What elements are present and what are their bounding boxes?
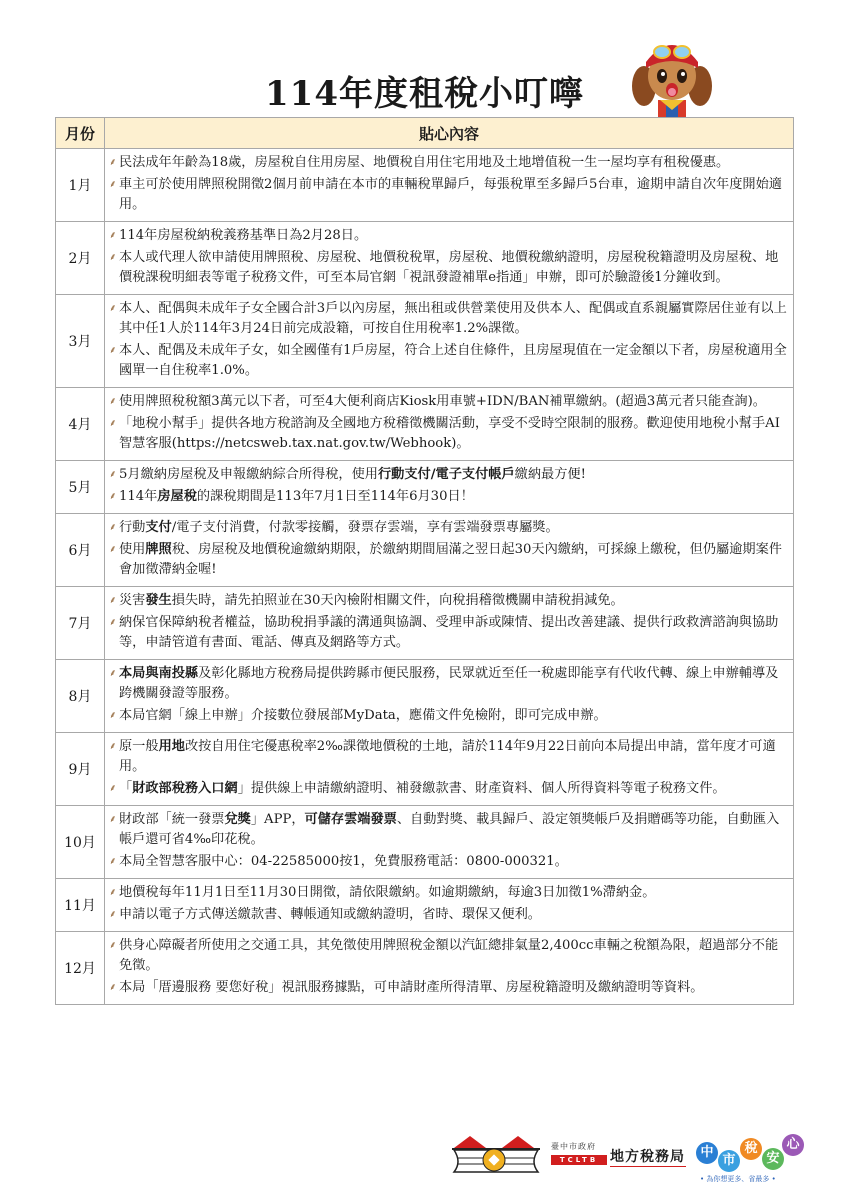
reminder-item: ⸙使用牌照稅、房屋稅及地價稅逾繳納期限，於繳納期間屆滿之翌日起30天內繳納，可採… [109, 540, 787, 580]
reminder-text: 財政部「統一發票兌獎」APP，可儲存雲端發票、自動對獎、載具歸戶、設定領獎帳戶及… [119, 810, 787, 850]
bullet-ornament-icon: ⸙ [109, 414, 119, 454]
slogan-char-bubble: 安 [762, 1148, 784, 1170]
content-cell: ⸙原一般用地改按自用住宅優惠稅率2‰課徵地價稅的土地，請於114年9月22日前向… [105, 733, 794, 806]
reminder-text: 本局與南投縣及彰化縣地方稅務局提供跨縣市便民服務，民眾就近至任一稅處即能享有代收… [119, 664, 787, 704]
table-row: 1月⸙民法成年年齡為18歲，房屋稅自住用房屋、地價稅自用住宅用地及土地增值稅一生… [56, 149, 794, 222]
reminder-text: 民法成年年齡為18歲，房屋稅自住用房屋、地價稅自用住宅用地及土地增值稅一生一屋均… [119, 153, 787, 173]
reminder-item: ⸙114年房屋稅納稅義務基準日為2月28日。 [109, 226, 787, 246]
reminder-item: ⸙本局「厝邊服務 要您好稅」視訊服務據點，可申請財產所得清單、房屋稅籍證明及繳納… [109, 978, 787, 998]
header-content: 貼心內容 [105, 118, 794, 149]
table-row: 4月⸙使用牌照稅稅額3萬元以下者，可至4大便利商店Kiosk用車號+IDN/BA… [56, 388, 794, 461]
content-cell: ⸙本人、配偶與未成年子女全國合計3戶以內房屋，無出租或供營業使用及供本人、配偶或… [105, 295, 794, 388]
reminder-item: ⸙114年房屋稅的課稅期間是113年7月1日至114年6月30日！ [109, 487, 787, 507]
content-cell: ⸙本局與南投縣及彰化縣地方稅務局提供跨縣市便民服務，民眾就近至任一稅處即能享有代… [105, 660, 794, 733]
slogan-char-bubble: 市 [718, 1150, 740, 1172]
reminder-text: 「地稅小幫手」提供各地方稅諮詢及全國地方稅稽徵機關活動，享受不受時空限制的服務。… [119, 414, 787, 454]
reminder-text: 車主可於使用牌照稅開徵2個月前申請在本市的車輛稅單歸戶，每張稅單至多歸戶5台車，… [119, 175, 787, 215]
bullet-ornament-icon: ⸙ [109, 299, 119, 339]
reminder-text: 本局官網「線上申辦」介接數位發展部MyData，應備文件免檢附，即可完成申辦。 [119, 706, 787, 726]
reminder-item: ⸙本人、配偶與未成年子女全國合計3戶以內房屋，無出租或供營業使用及供本人、配偶或… [109, 299, 787, 339]
month-cell: 8月 [56, 660, 105, 733]
bullet-ornament-icon: ⸙ [109, 487, 119, 507]
reminder-text: 使用牌照稅稅額3萬元以下者，可至4大便利商店Kiosk用車號+IDN/BAN補單… [119, 392, 787, 412]
bullet-ornament-icon: ⸙ [109, 153, 119, 173]
reminder-text: 申請以電子方式傳送繳款書、轉帳通知或繳納證明，省時、環保又便利。 [119, 905, 787, 925]
month-cell: 3月 [56, 295, 105, 388]
table-row: 11月⸙地價稅每年11月1日至11月30日開徵，請依限繳納。如逾期繳納，每逾3日… [56, 879, 794, 932]
header-month: 月份 [56, 118, 105, 149]
bullet-ornament-icon: ⸙ [109, 613, 119, 653]
slogan-char-bubble: 心 [782, 1134, 804, 1156]
reminder-item: ⸙供身心障礙者所使用之交通工具，其免徵使用牌照稅金額以汽缸總排氣量2,400cc… [109, 936, 787, 976]
bullet-ornament-icon: ⸙ [109, 248, 119, 288]
reminder-item: ⸙納保官保障納稅者權益，協助稅捐爭議的溝通與協調、受理申訴或陳情、提出改善建議、… [109, 613, 787, 653]
month-cell: 5月 [56, 461, 105, 514]
tax-reminder-table: 月份 貼心內容 1月⸙民法成年年齡為18歲，房屋稅自住用房屋、地價稅自用住宅用地… [55, 117, 794, 1005]
slogan-subtitle: • 為你想更多、省最多 • [700, 1174, 776, 1184]
bullet-ornament-icon: ⸙ [109, 226, 119, 246]
slogan-char-bubble: 稅 [740, 1138, 762, 1160]
bullet-ornament-icon: ⸙ [109, 810, 119, 850]
bullet-ornament-icon: ⸙ [109, 591, 119, 611]
reminder-item: ⸙原一般用地改按自用住宅優惠稅率2‰課徵地價稅的土地，請於114年9月22日前向… [109, 737, 787, 777]
bureau-emblem-icon [450, 1134, 546, 1174]
reminder-item: ⸙財政部「統一發票兌獎」APP，可儲存雲端發票、自動對獎、載具歸戶、設定領獎帳戶… [109, 810, 787, 850]
reminder-text: 本局全智慧客服中心：04-22585000按1，免費服務電話：0800-0003… [119, 852, 787, 872]
bullet-ornament-icon: ⸙ [109, 540, 119, 580]
bullet-ornament-icon: ⸙ [109, 392, 119, 412]
table-row: 9月⸙原一般用地改按自用住宅優惠稅率2‰課徵地價稅的土地，請於114年9月22日… [56, 733, 794, 806]
content-cell: ⸙地價稅每年11月1日至11月30日開徵，請依限繳納。如逾期繳納，每逾3日加徵1… [105, 879, 794, 932]
month-cell: 10月 [56, 806, 105, 879]
footer-logos: 臺中市政府 TCLTB 地方稅務局 • 為你想更多、省最多 • 中市稅安心 [450, 1128, 810, 1188]
reminder-text: 災害發生損失時，請先拍照並在30天內檢附相關文件，向稅捐稽徵機關申請稅捐減免。 [119, 591, 787, 611]
table-row: 5月⸙ 5月繳納房屋稅及申報繳納綜合所得稅，使用行動支付/電子支付帳戶繳納最方便… [56, 461, 794, 514]
month-cell: 12月 [56, 932, 105, 1005]
content-cell: ⸙ 5月繳納房屋稅及申報繳納綜合所得稅，使用行動支付/電子支付帳戶繳納最方便!⸙… [105, 461, 794, 514]
bullet-ornament-icon: ⸙ [109, 664, 119, 704]
reminder-text: 5月繳納房屋稅及申報繳納綜合所得稅，使用行動支付/電子支付帳戶繳納最方便! [119, 465, 787, 485]
table-row: 3月⸙本人、配偶與未成年子女全國合計3戶以內房屋，無出租或供營業使用及供本人、配… [56, 295, 794, 388]
reminder-text: 114年房屋稅的課稅期間是113年7月1日至114年6月30日！ [119, 487, 787, 507]
reminder-item: ⸙ 5月繳納房屋稅及申報繳納綜合所得稅，使用行動支付/電子支付帳戶繳納最方便! [109, 465, 787, 485]
bullet-ornament-icon: ⸙ [109, 936, 119, 976]
reminder-text: 本人、配偶與未成年子女全國合計3戶以內房屋，無出租或供營業使用及供本人、配偶或直… [119, 299, 787, 339]
reminder-item: ⸙本局與南投縣及彰化縣地方稅務局提供跨縣市便民服務，民眾就近至任一稅處即能享有代… [109, 664, 787, 704]
reminder-text: 「財政部稅務入口網」提供線上申請繳納證明、補發繳款書、財產資料、個人所得資料等電… [119, 779, 787, 799]
table-row: 2月⸙114年房屋稅納稅義務基準日為2月28日。⸙本人或代理人欲申請使用牌照稅、… [56, 222, 794, 295]
content-cell: ⸙使用牌照稅稅額3萬元以下者，可至4大便利商店Kiosk用車號+IDN/BAN補… [105, 388, 794, 461]
bullet-ornament-icon: ⸙ [109, 737, 119, 777]
month-cell: 6月 [56, 514, 105, 587]
reminder-item: ⸙「地稅小幫手」提供各地方稅諮詢及全國地方稅稽徵機關活動，享受不受時空限制的服務… [109, 414, 787, 454]
reminder-item: ⸙地價稅每年11月1日至11月30日開徵，請依限繳納。如逾期繳納，每逾3日加徵1… [109, 883, 787, 903]
content-cell: ⸙民法成年年齡為18歲，房屋稅自住用房屋、地價稅自用住宅用地及土地增值稅一生一屋… [105, 149, 794, 222]
reminder-text: 本人、配偶及未成年子女，如全國僅有1戶房屋，符合上述自住條件，且房屋現值在一定金… [119, 341, 787, 381]
bullet-ornament-icon: ⸙ [109, 779, 119, 799]
month-cell: 9月 [56, 733, 105, 806]
table-header-row: 月份 貼心內容 [56, 118, 794, 149]
reminder-text: 供身心障礙者所使用之交通工具，其免徵使用牌照稅金額以汽缸總排氣量2,400cc車… [119, 936, 787, 976]
bullet-ornament-icon: ⸙ [109, 978, 119, 998]
reminder-item: ⸙本局官網「線上申辦」介接數位發展部MyData，應備文件免檢附，即可完成申辦。 [109, 706, 787, 726]
reminder-text: 納保官保障納稅者權益，協助稅捐爭議的溝通與協調、受理申訴或陳情、提出改善建議、提… [119, 613, 787, 653]
mascot-dog-icon [624, 24, 720, 120]
table-row: 10月⸙財政部「統一發票兌獎」APP，可儲存雲端發票、自動對獎、載具歸戶、設定領… [56, 806, 794, 879]
agency-name-label: 地方稅務局 [610, 1146, 685, 1166]
month-cell: 2月 [56, 222, 105, 295]
agency-small-label: 臺中市政府 [551, 1141, 596, 1152]
month-cell: 1月 [56, 149, 105, 222]
reminder-item: ⸙「財政部稅務入口網」提供線上申請繳納證明、補發繳款書、財產資料、個人所得資料等… [109, 779, 787, 799]
bullet-ornament-icon: ⸙ [109, 465, 119, 485]
reminder-text: 114年房屋稅納稅義務基準日為2月28日。 [119, 226, 787, 246]
bullet-ornament-icon: ⸙ [109, 518, 119, 538]
slogan-char-bubble: 中 [696, 1142, 718, 1164]
reminder-item: ⸙車主可於使用牌照稅開徵2個月前申請在本市的車輛稅單歸戶，每張稅單至多歸戶5台車… [109, 175, 787, 215]
reminder-text: 本局「厝邊服務 要您好稅」視訊服務據點，可申請財產所得清單、房屋稅籍證明及繳納證… [119, 978, 787, 998]
bullet-ornament-icon: ⸙ [109, 852, 119, 872]
page-title: 114年度租稅小叮嚀 [0, 72, 849, 116]
reminder-item: ⸙災害發生損失時，請先拍照並在30天內檢附相關文件，向稅捐稽徵機關申請稅捐減免。 [109, 591, 787, 611]
bullet-ornament-icon: ⸙ [109, 175, 119, 215]
reminder-text: 地價稅每年11月1日至11月30日開徵，請依限繳納。如逾期繳納，每逾3日加徵1%… [119, 883, 787, 903]
reminder-item: ⸙本人或代理人欲申請使用牌照稅、房屋稅、地價稅稅單，房屋稅、地價稅繳納證明，房屋… [109, 248, 787, 288]
month-cell: 7月 [56, 587, 105, 660]
agency-abbr-label: TCLTB [551, 1155, 607, 1165]
content-cell: ⸙行動支付/電子支付消費，付款零接觸，發票存雲端，享有雲端發票專屬獎。⸙使用牌照… [105, 514, 794, 587]
mascot-image [624, 24, 720, 120]
reminder-item: ⸙申請以電子方式傳送繳款書、轉帳通知或繳納證明，省時、環保又便利。 [109, 905, 787, 925]
table-row: 6月⸙行動支付/電子支付消費，付款零接觸，發票存雲端，享有雲端發票專屬獎。⸙使用… [56, 514, 794, 587]
month-cell: 4月 [56, 388, 105, 461]
month-cell: 11月 [56, 879, 105, 932]
reminder-text: 使用牌照稅、房屋稅及地價稅逾繳納期限，於繳納期間屆滿之翌日起30天內繳納，可採線… [119, 540, 787, 580]
reminder-text: 本人或代理人欲申請使用牌照稅、房屋稅、地價稅稅單，房屋稅、地價稅繳納證明，房屋稅… [119, 248, 787, 288]
reminder-item: ⸙使用牌照稅稅額3萬元以下者，可至4大便利商店Kiosk用車號+IDN/BAN補… [109, 392, 787, 412]
agency-underline [610, 1166, 686, 1167]
bullet-ornament-icon: ⸙ [109, 883, 119, 903]
content-cell: ⸙供身心障礙者所使用之交通工具，其免徵使用牌照稅金額以汽缸總排氣量2,400cc… [105, 932, 794, 1005]
reminder-item: ⸙行動支付/電子支付消費，付款零接觸，發票存雲端，享有雲端發票專屬獎。 [109, 518, 787, 538]
reminder-text: 原一般用地改按自用住宅優惠稅率2‰課徵地價稅的土地，請於114年9月22日前向本… [119, 737, 787, 777]
table-row: 7月⸙災害發生損失時，請先拍照並在30天內檢附相關文件，向稅捐稽徵機關申請稅捐減… [56, 587, 794, 660]
reminder-item: ⸙民法成年年齡為18歲，房屋稅自住用房屋、地價稅自用住宅用地及土地增值稅一生一屋… [109, 153, 787, 173]
bullet-ornament-icon: ⸙ [109, 341, 119, 381]
content-cell: ⸙114年房屋稅納稅義務基準日為2月28日。⸙本人或代理人欲申請使用牌照稅、房屋… [105, 222, 794, 295]
reminder-item: ⸙本人、配偶及未成年子女，如全國僅有1戶房屋，符合上述自住條件，且房屋現值在一定… [109, 341, 787, 381]
content-cell: ⸙財政部「統一發票兌獎」APP，可儲存雲端發票、自動對獎、載具歸戶、設定領獎帳戶… [105, 806, 794, 879]
slogan-logo: • 為你想更多、省最多 • 中市稅安心 [694, 1130, 804, 1188]
table-row: 8月⸙本局與南投縣及彰化縣地方稅務局提供跨縣市便民服務，民眾就近至任一稅處即能享… [56, 660, 794, 733]
reminder-item: ⸙本局全智慧客服中心：04-22585000按1，免費服務電話：0800-000… [109, 852, 787, 872]
content-cell: ⸙災害發生損失時，請先拍照並在30天內檢附相關文件，向稅捐稽徵機關申請稅捐減免。… [105, 587, 794, 660]
table-row: 12月⸙供身心障礙者所使用之交通工具，其免徵使用牌照稅金額以汽缸總排氣量2,40… [56, 932, 794, 1005]
bullet-ornament-icon: ⸙ [109, 706, 119, 726]
reminder-text: 行動支付/電子支付消費，付款零接觸，發票存雲端，享有雲端發票專屬獎。 [119, 518, 787, 538]
bullet-ornament-icon: ⸙ [109, 905, 119, 925]
